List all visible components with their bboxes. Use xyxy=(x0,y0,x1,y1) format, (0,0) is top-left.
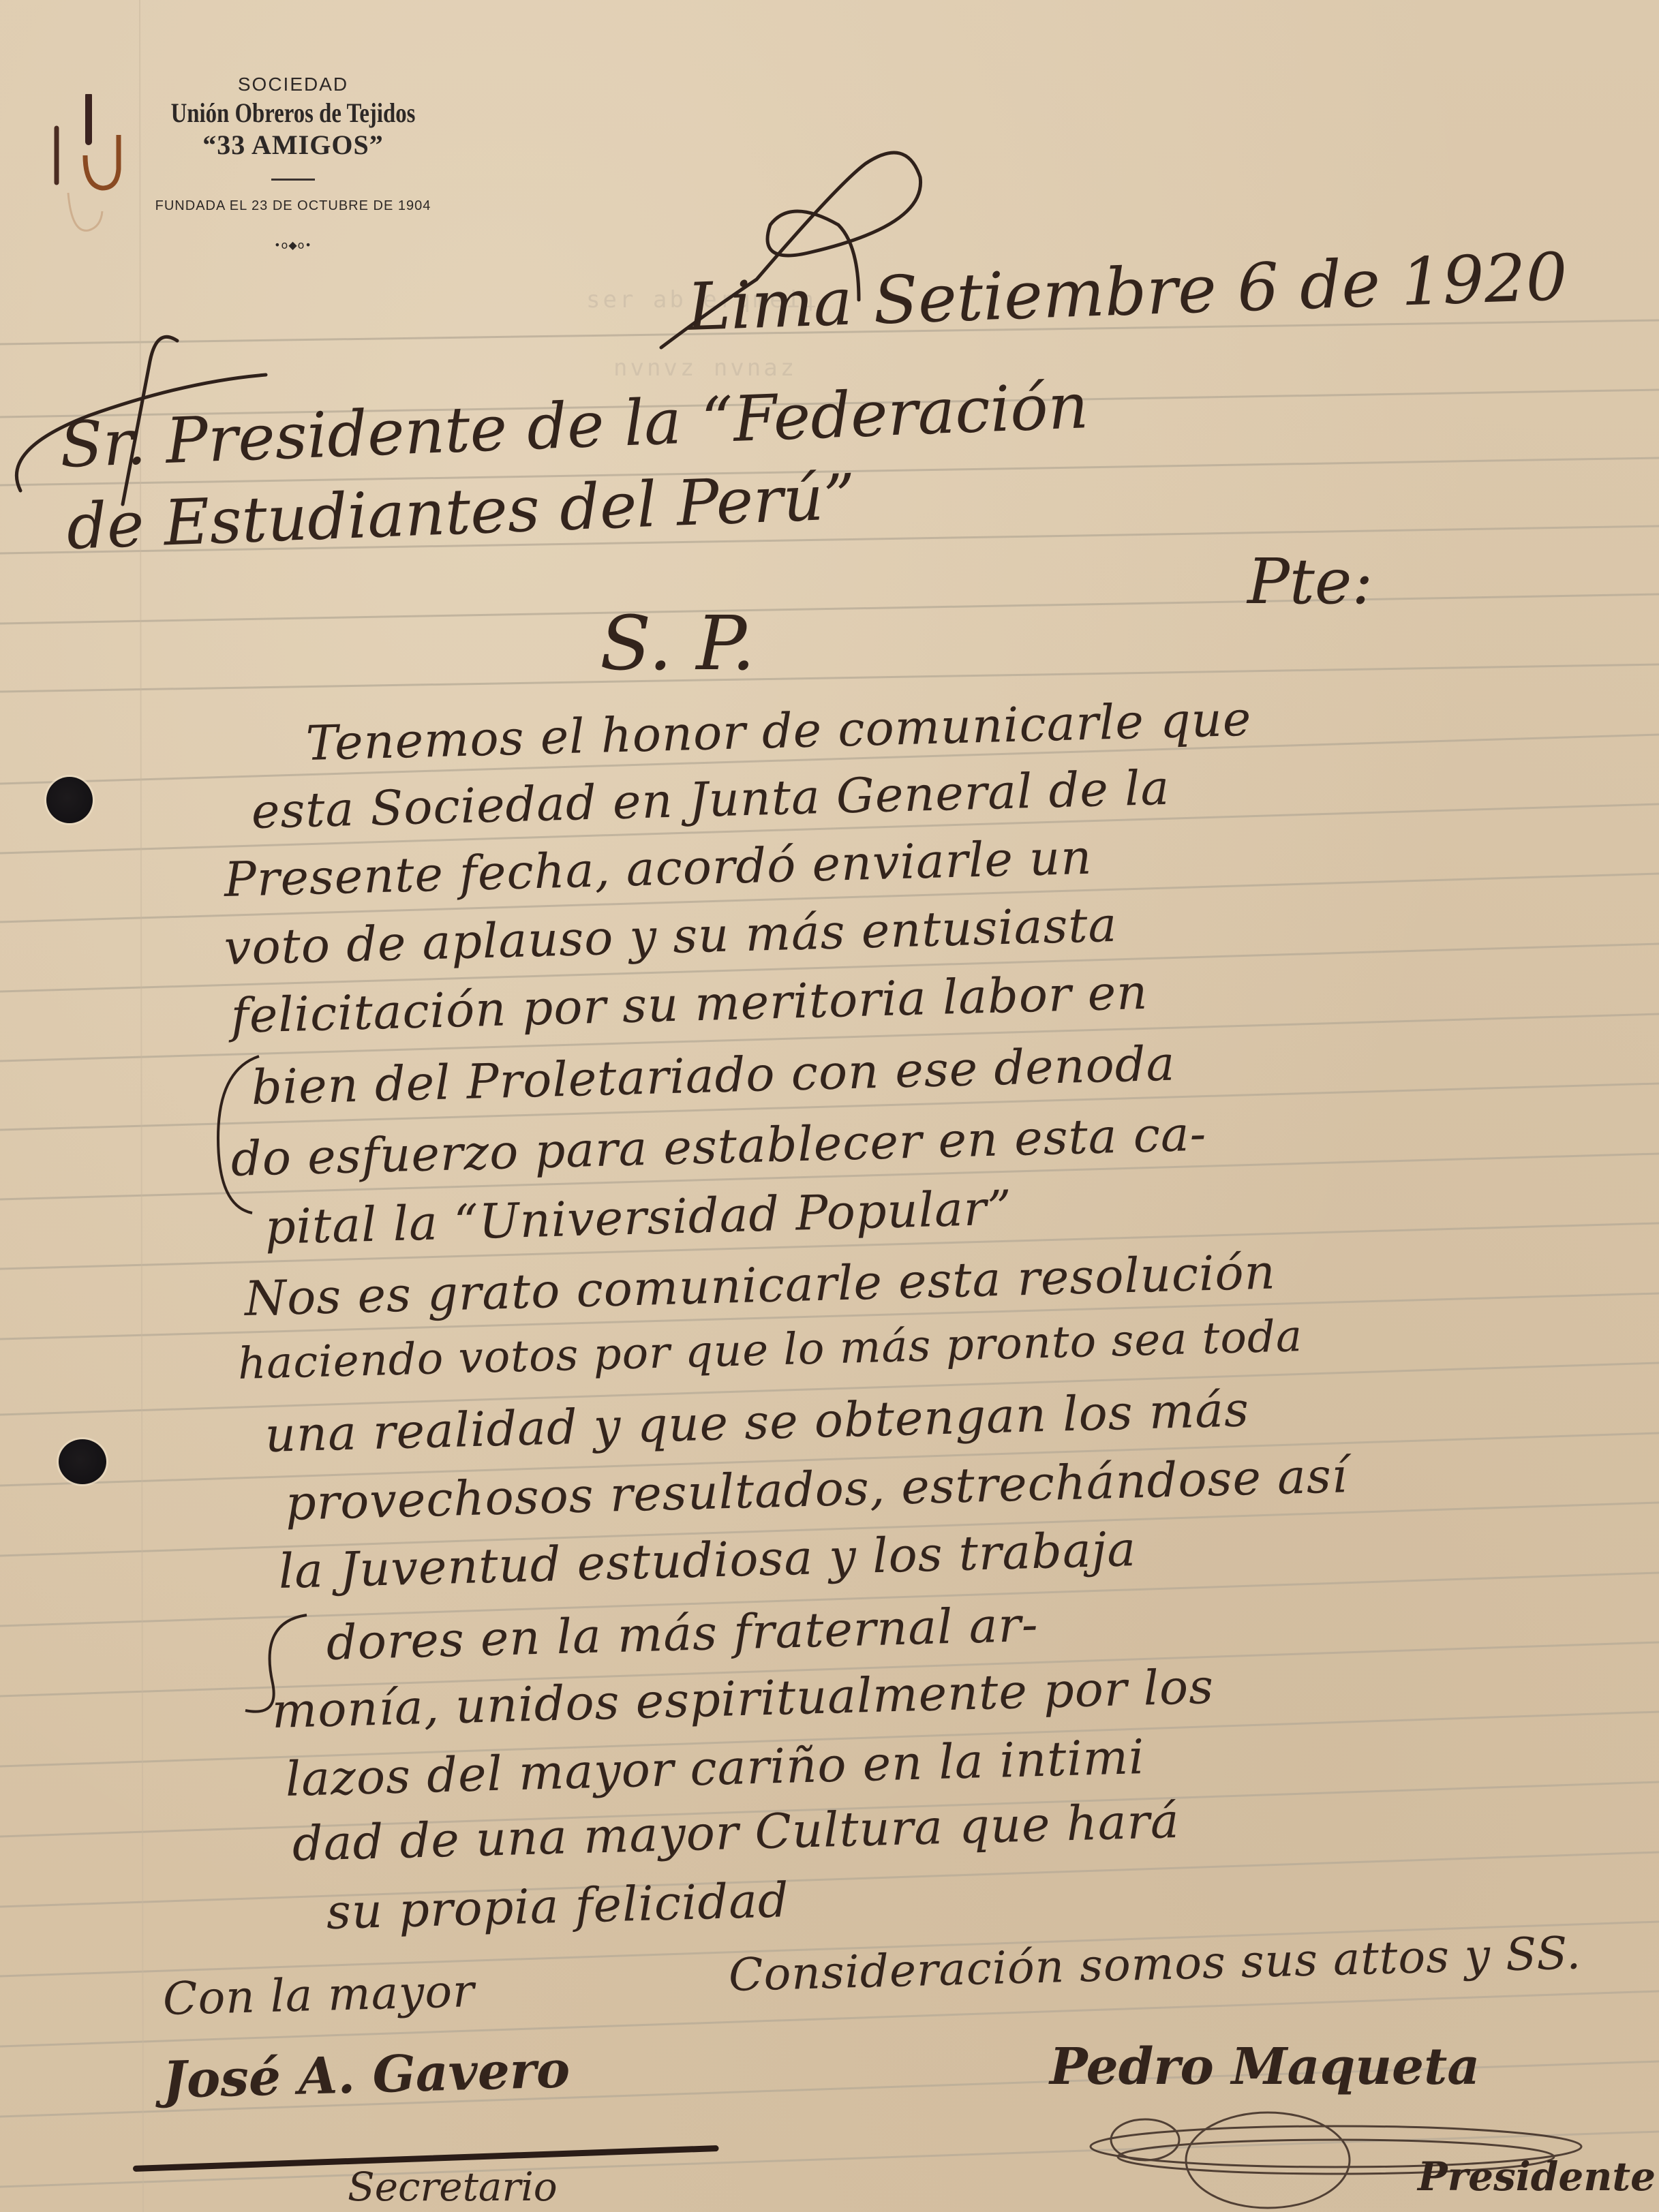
letterhead-founded-date: FUNDADA EL 23 DE OCTUBRE DE 1904 xyxy=(102,198,484,214)
punch-hole-top xyxy=(46,777,93,823)
body-line: su propia felicidad xyxy=(326,1872,790,1940)
signature-secretary: José A. Gavero xyxy=(162,2040,570,2110)
closing-left: Con la mayor xyxy=(162,1965,476,2025)
salutation: S. P. xyxy=(600,600,755,687)
letterhead-divider xyxy=(271,179,315,181)
body-line: monía, unidos espiritualmente por los xyxy=(271,1659,1215,1739)
body-line: esta Sociedad en Junta General de la xyxy=(251,760,1170,840)
body-line: provechosos resultados, estrechándose as… xyxy=(285,1447,1348,1531)
closing-right: Consideración somos sus attos y SS. xyxy=(728,1926,1582,2001)
body-line: pital la “Universidad Popular” xyxy=(264,1180,1013,1255)
place-date: Lima Setiembre 6 de 1920 xyxy=(686,239,1568,345)
body-line: lazos del mayor cariño en la intimi xyxy=(285,1729,1146,1807)
show-through-text: nvnvz nvnaz xyxy=(613,354,797,382)
body-line: dad de una mayor Cultura que hará xyxy=(292,1793,1181,1872)
title-secretary: Secretario xyxy=(348,2164,558,2210)
body-line: una realidad y que se obtengan los más xyxy=(264,1381,1250,1463)
body-line: haciendo votos por que lo más pronto sea… xyxy=(237,1311,1303,1389)
body-line: Nos es grato comunicarle esta resolución xyxy=(244,1244,1277,1327)
punch-hole-bottom xyxy=(59,1439,106,1484)
body-line: Tenemos el honor de comunicarle que xyxy=(305,691,1252,771)
addressee-line-1: Sr. Presidente de la “Federación xyxy=(59,369,1090,482)
body-line: do esfuerzo para establecer en esta ca- xyxy=(230,1106,1207,1187)
letterhead-society-label: SOCIEDAD xyxy=(102,74,484,95)
letterhead-ornament-icon: •o◆o• xyxy=(102,239,484,251)
body-line: bien del Proletariado con ese denoda xyxy=(251,1036,1176,1116)
body-line: felicitación por su meritoria labor en xyxy=(230,964,1148,1044)
letterhead: SOCIEDAD Unión Obreros de Tejidos “33 AM… xyxy=(102,74,484,251)
letterhead-nickname: “33 AMIGOS” xyxy=(102,129,484,161)
body-line: dores en la más fraternal ar- xyxy=(326,1597,1039,1671)
body-line: la Juventud estudiosa y los trabaja xyxy=(278,1521,1137,1599)
addressee-city: Pte: xyxy=(1247,545,1373,618)
signature-president: Pedro Maqueta xyxy=(1050,2038,1480,2096)
body-line: voto de aplauso y su más entusiasta xyxy=(224,897,1118,976)
body-line: Presente fecha, acordó enviarle un xyxy=(224,829,1093,908)
title-president: Presidente xyxy=(1418,2153,1656,2200)
letterhead-union-name: Unión Obreros de Tejidos xyxy=(136,97,449,129)
